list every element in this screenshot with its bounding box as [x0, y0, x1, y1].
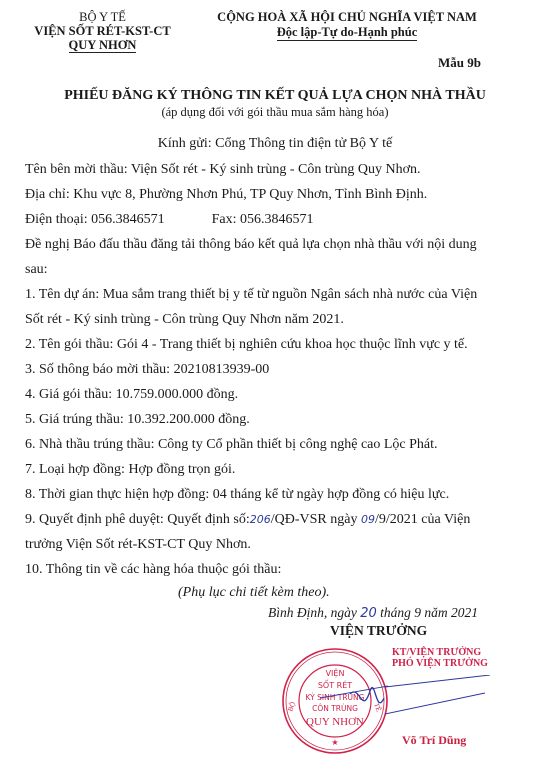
item-2: 2. Tên gói thầu: Gói 4 - Trang thiết bị …	[25, 337, 468, 353]
form-number: Mẫu 9b	[438, 55, 481, 71]
role-line-2: PHÓ VIỆN TRƯỞNG	[392, 658, 488, 669]
handwritten-decision-day: 09	[361, 513, 375, 526]
handwritten-decision-number: 206	[250, 513, 271, 526]
country-name: CỘNG HOÀ XÃ HỘI CHỦ NGHĨA VIỆT NAM	[202, 10, 492, 25]
item-9-suffix: /9/2021 của Viện	[375, 512, 470, 527]
address: Địa chỉ: Khu vực 8, Phường Nhơn Phú, TP …	[25, 187, 427, 203]
item-9-prefix: 9. Quyết định phê duyệt: Quyết định số:	[25, 512, 250, 527]
item-1-line-2: Sốt rét - Ký sinh trùng - Côn trùng Quy …	[25, 312, 344, 328]
item-9-line-2: trưởng Viện Sốt rét-KST-CT Quy Nhơn.	[25, 537, 251, 553]
appendix-note: (Phụ lục chi tiết kèm theo).	[178, 585, 330, 601]
date-prefix: Bình Định, ngày	[268, 605, 360, 620]
item-6: 6. Nhà thầu trúng thầu: Công ty Cổ phần …	[25, 437, 438, 453]
item-5: 5. Giá trúng thầu: 10.392.200.000 đồng.	[25, 412, 250, 428]
stamp-line-4: CÔN TRÙNG	[312, 704, 358, 713]
procuring-entity: Tên bên mời thầu: Viện Sốt rét - Ký sinh…	[25, 162, 421, 178]
item-7: 7. Loại hợp đồng: Hợp đồng trọn gói.	[25, 462, 235, 478]
item-9-line-1: 9. Quyết định phê duyệt: Quyết định số:2…	[25, 512, 470, 528]
stamp-left-arc: BỘ	[286, 701, 297, 713]
item-4: 4. Giá gói thầu: 10.759.000.000 đồng.	[25, 387, 238, 403]
date-suffix: tháng 9 năm 2021	[377, 605, 478, 620]
issuing-agency-block: BỘ Y TẾ VIỆN SỐT RÉT-KST-CT QUY NHƠN	[20, 10, 185, 53]
fax: Fax: 056.3846571	[212, 212, 314, 227]
signature-stroke-icon	[385, 675, 505, 725]
stamp-right-arc: TẾ	[372, 702, 382, 713]
item-8: 8. Thời gian thực hiện hợp đồng: 04 thán…	[25, 487, 449, 503]
svg-text:★: ★	[331, 738, 338, 747]
document-subtitle: (áp dụng đối với gói thầu mua sắm hàng h…	[0, 105, 550, 120]
signer-role: KT/VIỆN TRƯỞNG PHÓ VIỆN TRƯỞNG	[392, 647, 488, 669]
role-line-1: KT/VIỆN TRƯỞNG	[392, 647, 488, 658]
phone: Điện thoại: 056.3846571	[25, 212, 165, 227]
handwritten-date-day: 20	[360, 606, 377, 621]
contact-line: Điện thoại: 056.3846571 Fax: 056.3846571	[25, 212, 314, 228]
institute-city: QUY NHƠN	[69, 38, 137, 53]
item-1-line-1: 1. Tên dự án: Mua sắm trang thiết bị y t…	[25, 287, 477, 303]
national-header-block: CỘNG HOÀ XÃ HỘI CHỦ NGHĨA VIỆT NAM Độc l…	[202, 10, 492, 41]
signer-name: Võ Trí Dũng	[402, 733, 466, 748]
request-line-2: sau:	[25, 262, 48, 278]
signer-title: VIỆN TRƯỞNG	[330, 623, 427, 639]
national-motto: Độc lập-Tự do-Hạnh phúc	[277, 25, 418, 41]
official-stamp: VIỆN SỐT RÉT KÝ SINH TRÙNG CÔN TRÙNG QUY…	[280, 646, 390, 756]
stamp-line-3: KÝ SINH TRÙNG	[306, 693, 365, 702]
stamp-line-2: SỐT RÉT	[318, 678, 352, 690]
institute-name: VIỆN SỐT RÉT-KST-CT	[20, 24, 185, 38]
item-9-mid: /QĐ-VSR ngày	[271, 512, 361, 527]
stamp-line-1: VIỆN	[326, 667, 345, 679]
request-line-1: Đề nghị Báo đấu thầu đăng tải thông báo …	[25, 237, 477, 253]
sign-date: Bình Định, ngày 20 tháng 9 năm 2021	[268, 605, 478, 621]
addressee: Kính gửi: Cổng Thông tin điện tử Bộ Y tế	[0, 136, 550, 152]
item-3: 3. Số thông báo mời thầu: 20210813939-00	[25, 362, 269, 378]
ministry-name: BỘ Y TẾ	[20, 10, 185, 24]
document-title: PHIẾU ĐĂNG KÝ THÔNG TIN KẾT QUẢ LỰA CHỌN…	[0, 88, 550, 104]
stamp-seal-icon: VIỆN SỐT RÉT KÝ SINH TRÙNG CÔN TRÙNG QUY…	[280, 646, 390, 756]
stamp-line-5: QUY NHƠN	[306, 716, 364, 728]
item-10: 10. Thông tin về các hàng hóa thuộc gói …	[25, 562, 281, 578]
